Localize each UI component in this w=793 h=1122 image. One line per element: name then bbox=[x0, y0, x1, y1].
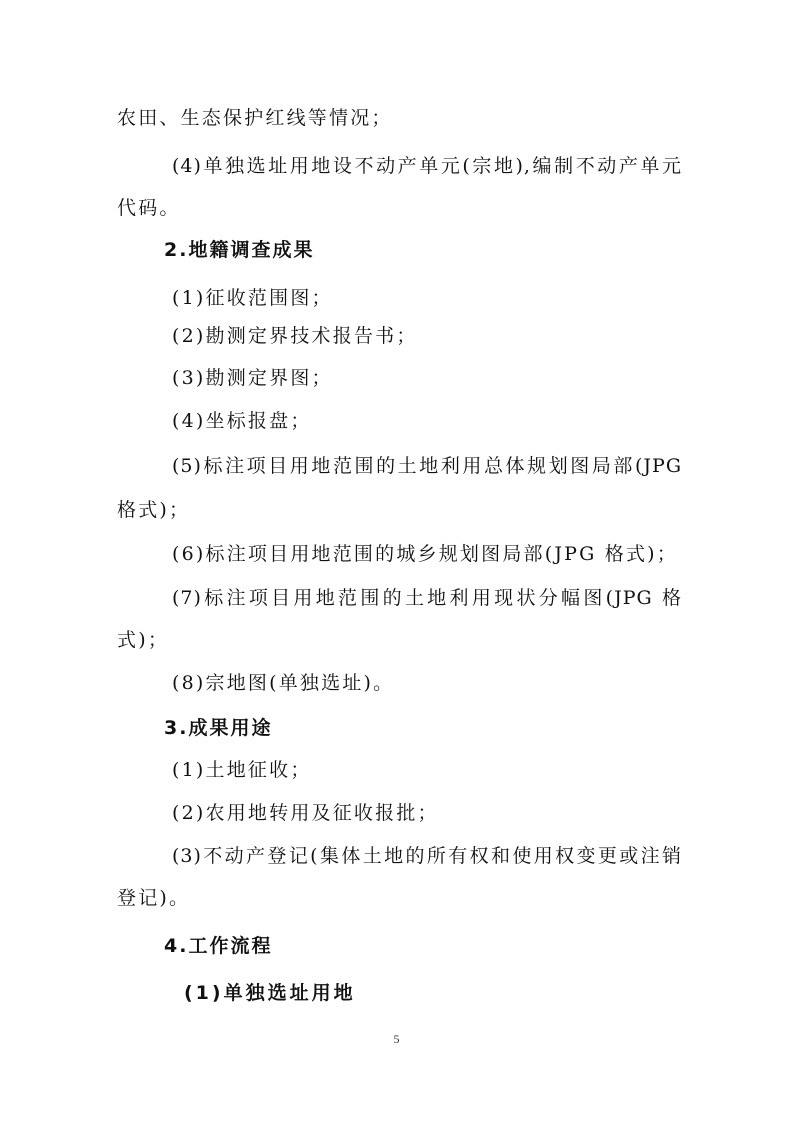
list-item: (1)征收范围图； bbox=[172, 286, 742, 310]
paragraph-line: (4)单独选址用地设不动产单元(宗地),编制不动产单元 bbox=[172, 154, 682, 178]
list-item: (5)标注项目用地范围的土地利用总体规划图局部(JPG bbox=[172, 454, 682, 478]
subsection-heading: (1)单独选址用地 bbox=[184, 981, 754, 1005]
list-item-continuation: 格式)； bbox=[117, 498, 687, 522]
section-heading: 3.成果用途 bbox=[164, 716, 734, 740]
list-item: (4)坐标报盘； bbox=[172, 409, 742, 433]
list-item-continuation: 式)； bbox=[117, 628, 687, 652]
list-item: (2)农用地转用及征收报批； bbox=[172, 801, 742, 825]
section-heading: 2.地籍调查成果 bbox=[164, 238, 734, 262]
list-item: (6)标注项目用地范围的城乡规划图局部(JPG 格式)； bbox=[172, 542, 742, 566]
paragraph-line: 农田、生态保护红线等情况； bbox=[117, 106, 687, 130]
list-item: (3)不动产登记(集体土地的所有权和使用权变更或注销 bbox=[172, 844, 682, 868]
page-number: 5 bbox=[0, 1032, 793, 1047]
list-item: (1)土地征收； bbox=[172, 758, 742, 782]
list-item: (7)标注项目用地范围的土地利用现状分幅图(JPG 格 bbox=[172, 586, 682, 610]
list-item: (2)勘测定界技术报告书； bbox=[172, 324, 742, 348]
list-item-continuation: 登记)。 bbox=[117, 886, 687, 910]
section-heading: 4.工作流程 bbox=[164, 934, 734, 958]
list-item: (8)宗地图(单独选址)。 bbox=[172, 671, 742, 695]
list-item: (3)勘测定界图； bbox=[172, 366, 742, 390]
paragraph-line: 代码。 bbox=[117, 196, 687, 220]
